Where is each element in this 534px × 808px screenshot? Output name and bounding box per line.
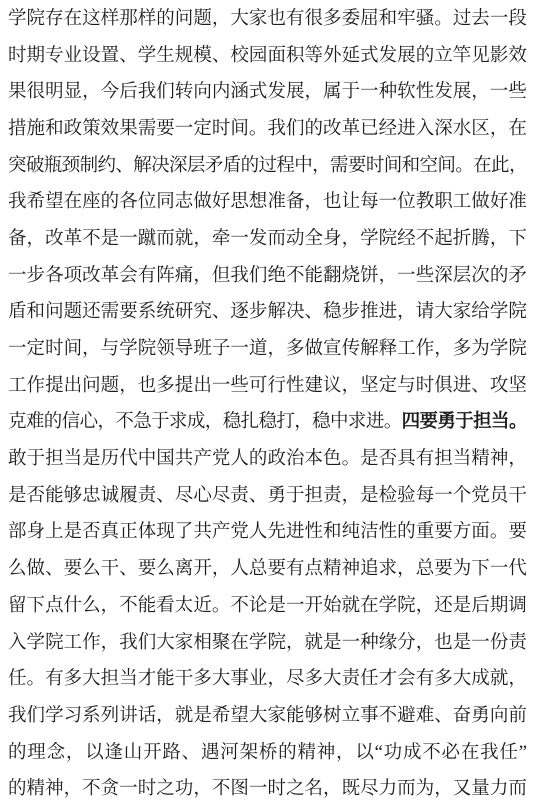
char: 发 xyxy=(249,230,268,249)
char: ， xyxy=(101,597,120,616)
char: 软 xyxy=(397,83,416,102)
char: 检 xyxy=(379,487,398,506)
char: 国 xyxy=(156,450,175,469)
text-line: 我们学习系列讲话，就是希望大家能够树立事不避难、奋勇向前 xyxy=(8,698,527,735)
char: 给 xyxy=(471,303,490,322)
char: 今 xyxy=(101,83,120,102)
char: 我 xyxy=(119,634,138,653)
char: 学 xyxy=(8,10,27,29)
char: 做 xyxy=(193,193,212,212)
char: 就 xyxy=(490,670,509,689)
char: 的 xyxy=(101,193,120,212)
char: 尽 xyxy=(212,487,231,506)
char: 。 xyxy=(455,157,473,176)
char: 是 xyxy=(82,450,101,469)
char: ， xyxy=(212,560,231,579)
char: 的 xyxy=(305,120,324,139)
char: 项 xyxy=(64,267,83,286)
char: 本 xyxy=(305,450,324,469)
char: 入 xyxy=(416,120,435,139)
char: 系 xyxy=(138,303,157,322)
char: 责 xyxy=(230,487,249,506)
char: 性 xyxy=(286,377,305,396)
char: 验 xyxy=(397,487,416,506)
char: 立 xyxy=(434,47,453,66)
char: 追 xyxy=(360,560,379,579)
char: 些 xyxy=(508,83,527,102)
char: 思 xyxy=(230,193,249,212)
char: 作 xyxy=(416,340,435,359)
char: 担 xyxy=(305,487,324,506)
char: 涵 xyxy=(230,83,249,102)
char: ， xyxy=(509,157,527,176)
char: 么 xyxy=(82,597,101,616)
char: 改 xyxy=(45,230,64,249)
text-line: 时期专业设置、学生规模、校园面积等外延式发展的立竿见影效 xyxy=(8,38,527,75)
char: 以 xyxy=(85,744,104,763)
char: ， xyxy=(119,377,138,396)
char: 一 xyxy=(490,10,509,29)
text-line: 任。有多大担当才能干多大事业，尽多大责任才会有多大成就， xyxy=(8,661,527,698)
char: 否 xyxy=(82,523,101,542)
char: 建 xyxy=(305,377,324,396)
char: 心 xyxy=(193,487,212,506)
char: 难 xyxy=(416,707,435,726)
text-body: 学院存在这样那样的问题，大家也有很多委屈和牢骚。过去一段时期专业设置、学生规模、… xyxy=(8,1,527,808)
char: 历 xyxy=(101,450,120,469)
char: 程 xyxy=(276,157,294,176)
char: 下 xyxy=(27,597,46,616)
char: 果 xyxy=(8,83,27,102)
char: 聚 xyxy=(212,634,231,653)
text-line: 备，改革不是一蹴而就，牵一发而动全身，学院经不起折腾，下 xyxy=(8,221,527,258)
char: 多 xyxy=(305,670,324,689)
char: 步 xyxy=(249,303,268,322)
char: 。 xyxy=(212,597,231,616)
char: 时 xyxy=(138,780,157,799)
char: 还 xyxy=(434,597,453,616)
char: 大 xyxy=(212,670,231,689)
char: 让 xyxy=(342,193,361,212)
char: 架 xyxy=(240,744,259,763)
char: 工 xyxy=(8,377,27,396)
char: 党 xyxy=(212,450,231,469)
char: 够 xyxy=(305,707,324,726)
char: 当 xyxy=(453,450,472,469)
char: 就 xyxy=(342,597,361,616)
char: 院 xyxy=(379,230,398,249)
text-line: 的精神，不贪一时之功，不图一时之名，既尽力而为，又量力而 xyxy=(8,771,527,808)
text-line: 盾和问题还需要系统研究、逐步解决、稳步推进，请大家给学院 xyxy=(8,294,527,331)
char: 忠 xyxy=(82,487,101,506)
char: 论 xyxy=(249,597,268,616)
char: 政 xyxy=(267,450,286,469)
char: 层 xyxy=(453,267,472,286)
char: 开 xyxy=(193,560,212,579)
char: 一 xyxy=(342,634,361,653)
char: 置 xyxy=(101,47,120,66)
char: 步 xyxy=(27,267,46,286)
char: 工 xyxy=(397,340,416,359)
char: 展 xyxy=(453,83,472,102)
char: 四 xyxy=(402,413,420,432)
char: 推 xyxy=(360,303,379,322)
char: 题 xyxy=(101,377,120,396)
char: 要 xyxy=(348,157,366,176)
char: 不 xyxy=(286,267,305,286)
char: 和 xyxy=(402,157,420,176)
char: 成 xyxy=(187,413,205,432)
char: 立 xyxy=(342,707,361,726)
char: ， xyxy=(342,487,361,506)
char: 能 xyxy=(286,707,305,726)
char: 离 xyxy=(175,560,194,579)
char: 面 xyxy=(267,47,286,66)
char: 属 xyxy=(323,83,342,102)
char: 性 xyxy=(379,523,398,542)
char: 难 xyxy=(26,413,44,432)
char: 、 xyxy=(119,560,138,579)
char: 作 xyxy=(82,634,101,653)
char: 在 xyxy=(360,597,379,616)
char: 调 xyxy=(508,597,527,616)
char: 真 xyxy=(101,523,120,542)
char: 破 xyxy=(26,157,44,176)
char: 勇 xyxy=(437,413,455,432)
text-line: 突破瓶颈制约、解决深层矛盾的过程中，需要时间和空间。在此， xyxy=(8,148,527,185)
char: 之 xyxy=(286,780,305,799)
char: ， xyxy=(205,413,223,432)
char: 每 xyxy=(416,487,435,506)
char: 不 xyxy=(115,413,133,432)
char: 间 xyxy=(437,157,455,176)
char: 一 xyxy=(8,340,27,359)
char: 大 xyxy=(453,670,472,689)
char: 业 xyxy=(249,670,268,689)
char: 一 xyxy=(490,560,509,579)
char: 现 xyxy=(156,523,175,542)
char: ， xyxy=(416,634,435,653)
char: 的 xyxy=(397,523,416,542)
char: 还 xyxy=(82,303,101,322)
char: 纯 xyxy=(342,523,361,542)
char: 政 xyxy=(64,120,83,139)
char: 工 xyxy=(64,634,83,653)
char: 始 xyxy=(323,597,342,616)
char: 共 xyxy=(193,523,212,542)
char: 学 xyxy=(45,707,64,726)
char: 业 xyxy=(64,47,83,66)
char: 做 xyxy=(471,193,490,212)
char: 想 xyxy=(249,193,268,212)
text-line: 措施和政策效果需要一定时间。我们的改革已经进入深水区，在 xyxy=(8,111,527,148)
char: 我 xyxy=(8,707,27,726)
char: 我 xyxy=(8,193,27,212)
char: 看 xyxy=(156,597,175,616)
char: 水 xyxy=(453,120,472,139)
char: 力 xyxy=(490,780,509,799)
char: 共 xyxy=(175,450,194,469)
char: 这 xyxy=(82,10,101,29)
char: 神 xyxy=(342,560,361,579)
char: 好 xyxy=(490,193,509,212)
char: 一 xyxy=(119,780,138,799)
char: 相 xyxy=(193,634,212,653)
char: 多 xyxy=(453,340,472,359)
char: 内 xyxy=(212,83,231,102)
char: 在 xyxy=(473,157,491,176)
char: 。 xyxy=(342,450,361,469)
char: 点 xyxy=(45,597,64,616)
char: 求 xyxy=(379,560,398,579)
text-line: 留下点什么，不能看太近。不论是一开始就在学院，还是后期调 xyxy=(8,588,527,625)
char: ， xyxy=(212,10,231,29)
char: 攻 xyxy=(490,377,509,396)
char: 履 xyxy=(119,487,138,506)
char: 才 xyxy=(138,670,157,689)
char: 道 xyxy=(249,340,268,359)
char: 问 xyxy=(45,303,64,322)
char: 进 xyxy=(453,377,472,396)
char: 克 xyxy=(8,413,26,432)
char: ， xyxy=(490,120,509,139)
char: 成 xyxy=(471,670,490,689)
char: 有 xyxy=(45,670,64,689)
char: 可 xyxy=(249,377,268,396)
char: 于 xyxy=(455,413,473,432)
char: 名 xyxy=(305,780,324,799)
char: 各 xyxy=(119,193,138,212)
char: 学 xyxy=(379,597,398,616)
char: 延 xyxy=(342,47,361,66)
char: 下 xyxy=(471,560,490,579)
char: 功 xyxy=(384,744,403,763)
char: 代 xyxy=(119,450,138,469)
char: 敢 xyxy=(8,450,27,469)
char: 多 xyxy=(64,670,83,689)
char: 人 xyxy=(230,560,249,579)
char: 经 xyxy=(397,230,416,249)
char: 是 xyxy=(360,450,379,469)
text-line: 入学院工作，我们大家相聚在学院，就是一种缘分，也是一份责 xyxy=(8,624,527,661)
char: 精 xyxy=(297,744,316,763)
char: 树 xyxy=(323,707,342,726)
char: 的 xyxy=(156,10,175,29)
char: 留 xyxy=(8,597,27,616)
char: 讲 xyxy=(119,707,138,726)
char: 需 xyxy=(138,120,157,139)
char: 大 xyxy=(434,303,453,322)
char: 有 xyxy=(416,450,435,469)
char: 稳 xyxy=(312,413,330,432)
char: ， xyxy=(82,340,101,359)
char: 的 xyxy=(44,413,62,432)
char: 人 xyxy=(249,523,268,542)
char: 生 xyxy=(156,47,175,66)
char: 个 xyxy=(453,487,472,506)
char: 尽 xyxy=(360,780,379,799)
char: 产 xyxy=(193,450,212,469)
char: 在 xyxy=(230,634,249,653)
char: 多 xyxy=(156,377,175,396)
char: 才 xyxy=(379,670,398,689)
char: 当 xyxy=(64,450,83,469)
char: 能 xyxy=(138,597,157,616)
char: 正 xyxy=(119,523,138,542)
char: 事 xyxy=(230,670,249,689)
char: 多 xyxy=(434,670,453,689)
char: 扎 xyxy=(241,413,259,432)
char: 效 xyxy=(101,120,120,139)
char: 任 xyxy=(8,670,27,689)
char: 会 xyxy=(119,267,138,286)
char: 求 xyxy=(348,413,366,432)
char: ， xyxy=(342,377,361,396)
char: 已 xyxy=(360,120,379,139)
char: 尽 xyxy=(175,487,194,506)
char: 责 xyxy=(508,634,527,653)
char: 是 xyxy=(453,597,472,616)
char: 解 xyxy=(133,157,151,176)
char: 桥 xyxy=(259,744,278,763)
char: 系 xyxy=(82,707,101,726)
char: 一 xyxy=(397,267,416,286)
char: 一 xyxy=(471,634,490,653)
char: 步 xyxy=(342,303,361,322)
char: 多 xyxy=(323,10,342,29)
char: 专 xyxy=(45,47,64,66)
char: 段 xyxy=(508,10,527,29)
char: 与 xyxy=(397,377,416,396)
char: 革 xyxy=(342,120,361,139)
char: 就 xyxy=(305,634,324,653)
char: 稳 xyxy=(258,413,276,432)
char: 传 xyxy=(342,340,361,359)
char: 坚 xyxy=(508,377,527,396)
char: 大 xyxy=(323,670,342,689)
char: 责 xyxy=(323,487,342,506)
char: 在 xyxy=(64,10,83,29)
char: 问 xyxy=(175,10,194,29)
char: 坚 xyxy=(360,377,379,396)
char: 定 xyxy=(27,340,46,359)
text-line: 一定时间，与学院领导班子一道，多做宣传解释工作，多为学院 xyxy=(8,331,527,368)
char: 干 xyxy=(101,560,120,579)
char: 影 xyxy=(490,47,509,66)
char: 是 xyxy=(8,487,27,506)
char: 点 xyxy=(305,560,324,579)
char: 经 xyxy=(379,120,398,139)
char: 于 xyxy=(342,83,361,102)
char: 中 xyxy=(138,450,157,469)
char: 种 xyxy=(379,83,398,102)
char: 太 xyxy=(175,597,194,616)
char: ， xyxy=(416,597,435,616)
char: 好 xyxy=(212,193,231,212)
char: 、 xyxy=(156,487,175,506)
char: 题 xyxy=(64,303,83,322)
text-line: 部身上是否真正体现了共产党人先进性和纯洁性的重要方面。要 xyxy=(8,514,527,551)
char: 施 xyxy=(27,120,46,139)
char: 也 xyxy=(434,634,453,653)
char: 院 xyxy=(397,597,416,616)
char: 希 xyxy=(27,193,46,212)
char: 前 xyxy=(508,707,527,726)
char: 次 xyxy=(471,267,490,286)
char: 不 xyxy=(119,597,138,616)
text-line: 一步各项改革会有阵痛，但我们绝不能翻烧饼，一些深层次的矛 xyxy=(8,258,527,295)
char: 家 xyxy=(267,707,286,726)
char: 们 xyxy=(138,634,157,653)
char: 明 xyxy=(45,83,64,102)
char: 过 xyxy=(453,10,472,29)
char: 的 xyxy=(416,47,435,66)
char: 担 xyxy=(434,450,453,469)
char: 事 xyxy=(360,707,379,726)
char: 会 xyxy=(397,670,416,689)
char: ， xyxy=(434,340,453,359)
char: 。 xyxy=(490,523,509,542)
char: 题 xyxy=(193,10,212,29)
char: 要 xyxy=(267,560,286,579)
char: 深 xyxy=(434,120,453,139)
char: 发 xyxy=(434,83,453,102)
char: 要 xyxy=(138,560,157,579)
char: 我 xyxy=(267,120,286,139)
char: 竿 xyxy=(453,47,472,66)
char: 望 xyxy=(230,707,249,726)
char: 也 xyxy=(138,377,157,396)
char: 制 xyxy=(80,157,98,176)
char: 上 xyxy=(45,523,64,542)
char: 策 xyxy=(82,120,101,139)
char: 行 xyxy=(267,377,286,396)
char: 院 xyxy=(45,634,64,653)
char: ， xyxy=(267,340,286,359)
char: 规 xyxy=(175,47,194,66)
char: 决 xyxy=(286,303,305,322)
char: 一 xyxy=(249,780,268,799)
char: 稳 xyxy=(323,303,342,322)
char: 座 xyxy=(82,193,101,212)
char: 尽 xyxy=(286,670,305,689)
char: 家 xyxy=(249,10,268,29)
char: 进 xyxy=(397,120,416,139)
char: 展 xyxy=(397,47,416,66)
char: ， xyxy=(342,230,361,249)
char: ， xyxy=(336,744,355,763)
char: 学 xyxy=(490,303,509,322)
char: 积 xyxy=(286,47,305,66)
char: 一 xyxy=(175,120,194,139)
char: 而 xyxy=(508,780,527,799)
char: 当 xyxy=(119,670,138,689)
char: 我 xyxy=(138,83,157,102)
char: 痛 xyxy=(175,267,194,286)
char: 。 xyxy=(384,413,402,432)
text-line: 敢于担当是历代中国共产党人的政治本色。是否具有担当精神， xyxy=(8,441,527,478)
char: 要 xyxy=(119,303,138,322)
char: 理 xyxy=(27,744,46,763)
char: 方 xyxy=(453,523,472,542)
char: 。 xyxy=(249,120,268,139)
char: 突 xyxy=(8,157,26,176)
char: 作 xyxy=(27,377,46,396)
char: 发 xyxy=(379,47,398,66)
char: 中 xyxy=(330,413,348,432)
char: 学 xyxy=(138,47,157,66)
char: 份 xyxy=(490,634,509,653)
